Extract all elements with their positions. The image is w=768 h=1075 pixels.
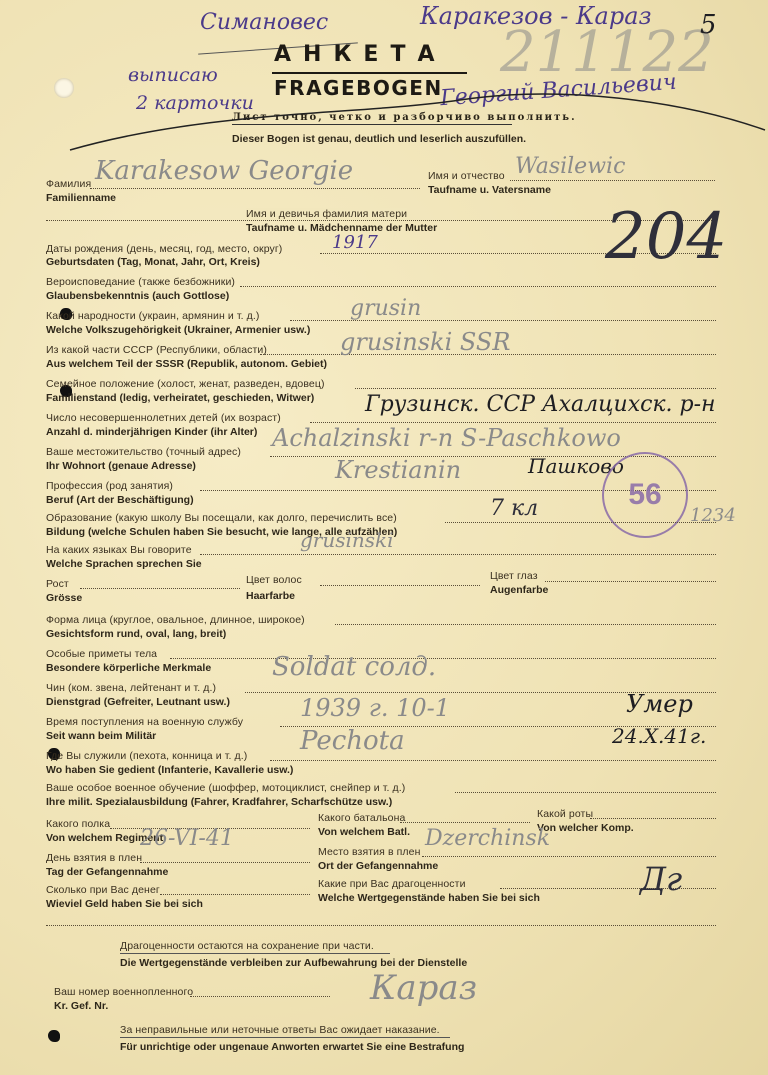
company-label-de: Von welcher Komp.	[537, 822, 634, 834]
rank-field[interactable]: Soldat солд.	[272, 652, 436, 682]
pow-label-de: Kr. Gef. Nr.	[54, 1000, 108, 1012]
branch-line	[270, 760, 716, 761]
residence-field[interactable]: Achalzinski r-n S-Paschkowo	[272, 424, 621, 452]
capture-place-field[interactable]: Dzerchinsk	[425, 826, 550, 851]
capture-date-field[interactable]: 26-VI-41	[140, 826, 234, 851]
valuables-label-de: Welche Wertgegenstände haben Sie bei sic…	[318, 892, 540, 904]
religion-line	[240, 286, 716, 287]
languages-field[interactable]: grusinski	[300, 528, 394, 552]
right-date: 24.X.41г.	[612, 724, 706, 748]
stamp: 56	[602, 452, 688, 538]
service-start-label-de: Seit wann beim Militär	[46, 730, 156, 742]
education-line	[445, 522, 716, 523]
strike-curve	[60, 60, 768, 160]
company-line	[590, 818, 716, 819]
first-patronymic-field[interactable]: Wasilewic	[515, 154, 625, 179]
pow-line	[190, 996, 330, 997]
branch-field[interactable]: Pechota	[300, 726, 405, 756]
height-label-ru: Рост	[46, 578, 69, 590]
divider	[120, 953, 390, 954]
marks-label-ru: Особые приметы тела	[46, 648, 157, 660]
stamp-number: 56	[628, 478, 661, 512]
first-patronymic-line	[510, 180, 715, 181]
money-label-de: Wieviel Geld haben Sie bei sich	[46, 898, 203, 910]
training-label-ru: Ваше особое военное обучение (шоффер, мо…	[46, 782, 405, 794]
capture-date-label-ru: День взятия в плен	[46, 852, 142, 864]
birth-label-ru: Даты рождения (день, месяц, год, место, …	[46, 243, 282, 255]
education-label-ru: Образование (какую школу Вы посещали, ка…	[46, 512, 397, 524]
first-patronymic-label-de: Taufname u. Vatersname	[428, 184, 551, 196]
bottom-signature: Дг	[640, 860, 682, 898]
nationality-label-ru: Какой народности (украин, армянин и т. д…	[46, 310, 259, 322]
battalion-label-ru: Какого батальона	[318, 812, 405, 824]
eyes-label-ru: Цвет глаз	[490, 570, 538, 582]
marks-line	[170, 658, 716, 659]
marital-line	[355, 388, 716, 389]
pow-number-field[interactable]: Караз	[370, 968, 477, 1008]
capture-place-label-ru: Место взятия в плен	[318, 846, 421, 858]
marital-label-de: Familienstand (ledig, verheiratet, gesch…	[46, 392, 314, 404]
battalion-label-de: Von welchem Batl.	[318, 826, 410, 838]
top-mark: 5	[700, 10, 717, 40]
eyes-line	[545, 581, 716, 582]
warning-de: Für unrichtige oder ungenaue Anworten er…	[120, 1041, 464, 1053]
rank-label-de: Dienstgrad (Gefreiter, Leutnant usw.)	[46, 696, 230, 708]
face-line	[335, 624, 716, 625]
first-patronymic-label-ru: Имя и отчество	[428, 170, 505, 182]
religion-label-de: Glaubensbekenntnis (auch Gottlose)	[46, 290, 229, 302]
warning-ru: За неправильные или неточные ответы Вас …	[120, 1024, 440, 1036]
birth-field[interactable]: 1917	[332, 232, 378, 253]
money-label-ru: Сколько при Вас денег	[46, 884, 160, 896]
surname-field[interactable]: Karakesow Georgie	[95, 156, 353, 186]
branch-label-de: Wo haben Sie gedient (Infanterie, Kavall…	[46, 764, 293, 776]
profession-label-de: Beruf (Art der Beschäftigung)	[46, 494, 194, 506]
region-label-de: Aus welchem Teil der SSSR (Republik, aut…	[46, 358, 327, 370]
mother-label-ru: Имя и девичья фамилия матери	[246, 208, 407, 220]
religion-label-ru: Вероисповедание (также безбожники)	[46, 276, 235, 288]
education-field[interactable]: 7 кл	[490, 496, 538, 521]
branch-label-ru: Где Вы служили (пехота, конница и т. д.)	[46, 750, 247, 762]
face-label-de: Gesichtsform rund, oval, lang, breit)	[46, 628, 226, 640]
rank-label-ru: Чин (ком. звена, лейтенант и т. д.)	[46, 682, 216, 694]
service-start-label-ru: Время поступления на военную службу	[46, 716, 243, 728]
surname-label-ru: Фамилия	[46, 178, 91, 190]
residence-label-ru: Ваше местожительство (точный адрес)	[46, 446, 241, 458]
divider	[120, 1037, 450, 1038]
capture-place-label-de: Ort der Gefangennahme	[318, 860, 438, 872]
marks-label-de: Besondere körperliche Merkmale	[46, 662, 211, 674]
children-label-de: Anzahl d. minderjährigen Kinder (ihr Alt…	[46, 426, 257, 438]
nationality-label-de: Welche Volkszugehörigkeit (Ukrainer, Arm…	[46, 324, 310, 336]
marital-label-ru: Семейное положение (холост, женат, разве…	[46, 378, 325, 390]
height-line	[80, 588, 240, 589]
pow-label-ru: Ваш номер военнопленного	[54, 986, 193, 998]
languages-label-de: Welche Sprachen sprechen Sie	[46, 558, 202, 570]
capture-date-label-de: Tag der Gefangennahme	[46, 866, 168, 878]
face-label-ru: Форма лица (круглое, овальное, длинное, …	[46, 614, 305, 626]
separator-line	[46, 925, 716, 926]
capture-date-line	[140, 862, 310, 863]
regiment-label-ru: Какого полка	[46, 818, 110, 830]
top-left-note: Симановес	[200, 10, 328, 35]
right-mark: 204	[605, 200, 727, 274]
profession-field[interactable]: Krestianin	[335, 456, 461, 484]
surname-label-de: Familienname	[46, 192, 116, 204]
right-word: Умер	[626, 690, 693, 718]
region-field[interactable]: grusinski SSR	[340, 328, 510, 356]
battalion-line	[400, 822, 530, 823]
document-page: Симановес выписаю 2 карточки Каракезов -…	[0, 0, 768, 1075]
valuables-line	[500, 888, 716, 889]
hair-label-ru: Цвет волос	[246, 574, 302, 586]
eyes-label-de: Augenfarbe	[490, 584, 548, 596]
company-label-ru: Какой роты	[537, 808, 593, 820]
profession-label-ru: Профессия (род занятия)	[46, 480, 173, 492]
valuables-label-ru: Какие при Вас драгоценности	[318, 878, 466, 890]
birth-label-de: Geburtsdaten (Tag, Monat, Jahr, Ort, Kre…	[46, 256, 260, 268]
hair-label-de: Haarfarbe	[246, 590, 295, 602]
money-line	[160, 894, 310, 895]
residence-label-de: Ihr Wohnort (genaue Adresse)	[46, 460, 196, 472]
training-line	[455, 792, 716, 793]
hair-line	[320, 585, 480, 586]
place-note: Грузинск. ССР Ахалцихск. р-н	[365, 392, 716, 417]
ink-blot	[48, 1030, 60, 1042]
children-label-ru: Число несовершеннолетних детей (их возра…	[46, 412, 281, 424]
surname-line	[90, 188, 420, 189]
languages-line	[200, 554, 716, 555]
capture-place-line	[422, 856, 716, 857]
height-label-de: Grösse	[46, 592, 82, 604]
valuables-note-ru: Драгоценности остаются на сохранение при…	[120, 940, 374, 952]
children-line	[310, 422, 716, 423]
service-start-field[interactable]: 1939 г. 10-1	[300, 694, 450, 722]
region-label-ru: Из какой части СССР (Республики, области…	[46, 344, 267, 356]
languages-label-ru: На каких языках Вы говорите	[46, 544, 192, 556]
nationality-field[interactable]: grusin	[350, 296, 421, 321]
training-label-de: Ihre milit. Spezialausbildung (Fahrer, K…	[46, 796, 392, 808]
